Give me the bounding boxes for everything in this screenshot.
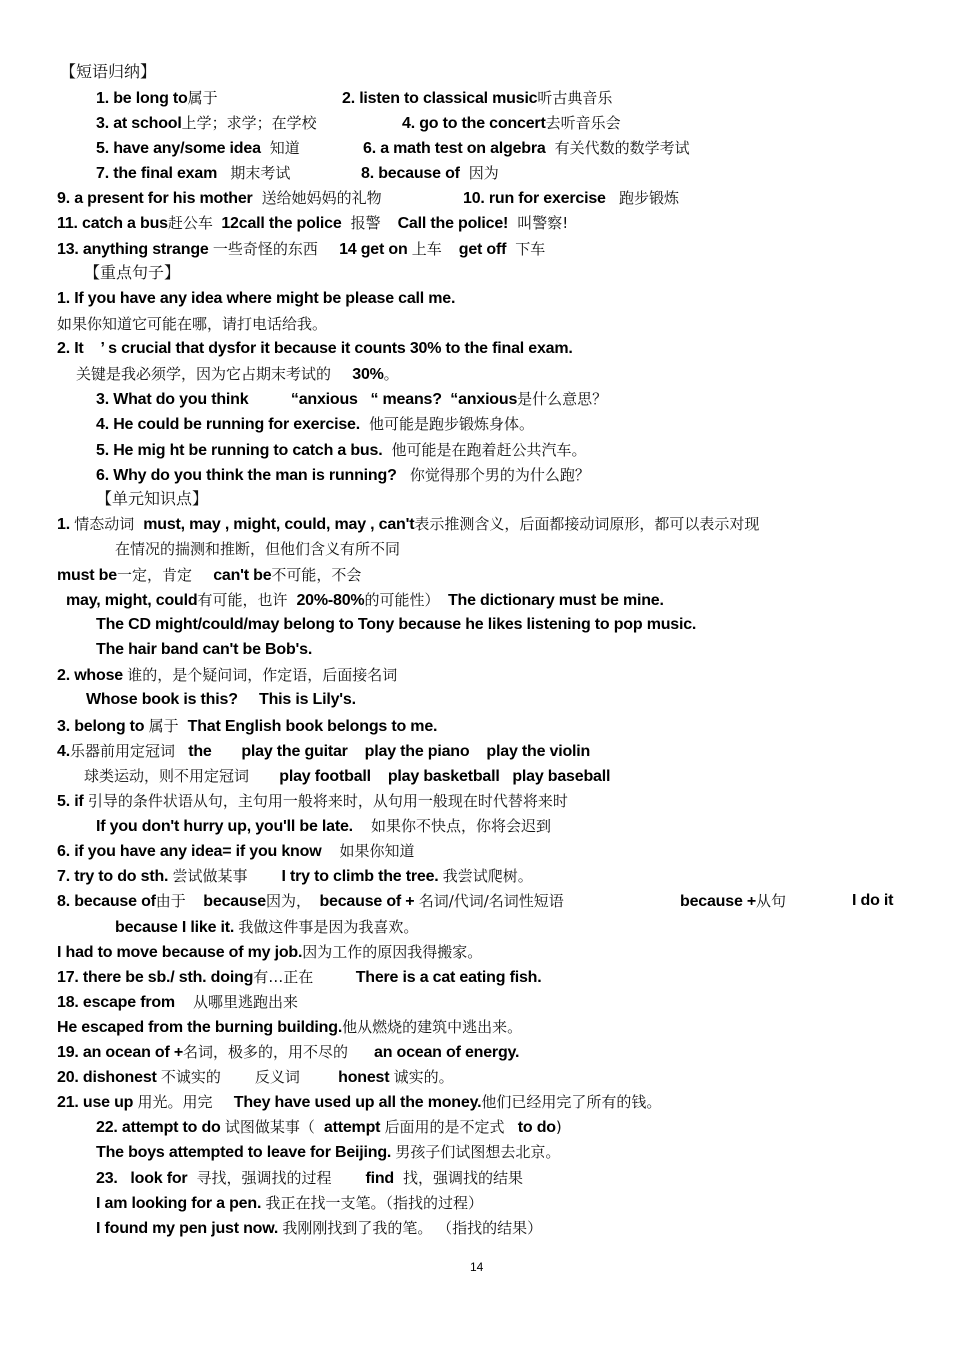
- text-line: 7. the final exam 期末考试: [96, 163, 290, 183]
- text-line: 8. because of由于 because因为， because of + …: [57, 891, 564, 911]
- english-text: play football play basketball play baseb…: [254, 767, 610, 787]
- chinese-text: 有关代数的数学考试: [550, 138, 690, 158]
- chinese-text: 他可能是跑步锻炼身体。: [364, 414, 534, 434]
- chinese-text: 上车: [412, 239, 442, 259]
- chinese-text: 有…正在: [253, 967, 313, 987]
- text-line: 5. He mig ht be running to catch a bus. …: [96, 440, 586, 460]
- chinese-text: 去听音乐会: [546, 113, 621, 133]
- chinese-text: 的可能性）: [364, 590, 439, 610]
- english-text: Call the police!: [381, 214, 513, 234]
- english-text: 1.: [57, 515, 74, 535]
- chinese-text: 【单元知识点】: [96, 489, 208, 509]
- chinese-text: 谁的，是个疑问词，作定语，后面接名词: [127, 665, 397, 685]
- english-text: 20. dishonest: [57, 1068, 161, 1088]
- english-text: an ocean of energy.: [353, 1043, 520, 1063]
- chinese-text: 。: [384, 364, 399, 384]
- chinese-text: 跑步锻炼: [614, 188, 679, 208]
- chinese-text: 表示推测含义，后面都接动词原形，都可以表示对现: [414, 514, 759, 534]
- english-text: 3. at school: [96, 114, 182, 134]
- text-line: 7. try to do sth. 尝试做某事 I try to climb t…: [57, 866, 533, 886]
- text-line: 2. It ’ s crucial that dysfor it because…: [57, 339, 573, 359]
- english-text: because of +: [311, 892, 419, 912]
- text-line: 19. an ocean of +名词，极多的，用不尽的 an ocean of…: [57, 1042, 519, 1062]
- chinese-text: 他可能是在跑着赶公共汽车。: [387, 440, 587, 460]
- english-text: 3. belong to: [57, 717, 149, 737]
- english-text: because I like it.: [115, 918, 238, 938]
- english-text: [221, 1068, 255, 1088]
- chinese-text: 报警: [346, 213, 381, 233]
- text-line: because I like it. 我做这件事是因为我喜欢。: [115, 917, 418, 937]
- text-line: If you don't hurry up, you'll be late. 如…: [96, 816, 551, 836]
- chinese-text: 有可能，也许: [197, 590, 292, 610]
- chinese-text: 从哪里逃跑出来: [183, 992, 298, 1012]
- text-line: 10. run for exercise 跑步锻炼: [463, 188, 679, 208]
- section-heading: 【短语归纳】: [60, 62, 156, 82]
- english-text: must be: [57, 566, 117, 586]
- text-line: I found my pen just now. 我刚刚找到了我的笔。 （指找的…: [96, 1218, 542, 1238]
- chinese-text: 你觉得那个男的为什么跑？: [405, 465, 590, 485]
- english-text: because: [191, 892, 266, 912]
- english-text: 2. listen to classical music: [342, 89, 537, 109]
- text-line: 5. if 引导的条件状语从句，主句用一般将来时，从句用一般现在时代替将来时: [57, 791, 568, 811]
- chinese-text: 期末考试: [226, 163, 291, 183]
- text-line: 3. What do you think “anxious “ means? “…: [96, 389, 607, 409]
- text-line: 4. go to the concert去听音乐会: [402, 113, 621, 133]
- text-line: Whose book is this? This is Lily's.: [86, 690, 356, 710]
- chinese-text: 听古典音乐: [537, 88, 612, 108]
- chinese-text: 上学；求学；在学校: [182, 113, 317, 133]
- english-text: There is a cat eating fish.: [313, 968, 541, 988]
- english-text: 6. Why do you think the man is running?: [96, 466, 405, 486]
- text-line: 9. a present for his mother 送给她妈妈的礼物: [57, 188, 382, 208]
- english-text: I do it: [852, 891, 893, 911]
- text-line: 23. look for 寻找，强调找的过程 find 找，强调找的结果: [96, 1168, 523, 1188]
- chinese-text: 后面用的是不定式: [385, 1117, 510, 1137]
- english-text: The hair band can't be Bob's.: [96, 640, 312, 660]
- chinese-text: 属于: [188, 88, 218, 108]
- english-text: get off: [442, 240, 511, 260]
- text-line: 18. escape from 从哪里逃跑出来: [57, 992, 298, 1012]
- chinese-text: 我正在找一支笔。（指找的过程）: [265, 1193, 483, 1213]
- text-line: 11. catch a bus赶公车 12call the police 报警 …: [57, 213, 568, 233]
- chinese-text: 我做这件事是因为我喜欢。: [238, 917, 418, 937]
- english-text: They have used up all the money.: [213, 1093, 482, 1113]
- chinese-text: 因为: [464, 163, 499, 183]
- chinese-text: 反义词: [255, 1067, 300, 1087]
- text-line: 在情况的揣测和推断，但他们含义有所不同: [115, 539, 400, 559]
- english-text: 23. look for: [96, 1169, 192, 1189]
- chinese-text: 他从燃烧的建筑中逃出来。: [342, 1017, 522, 1037]
- english-text: 7. try to do sth.: [57, 867, 173, 887]
- chinese-text: 乐器前用定冠词: [70, 741, 180, 761]
- chinese-text: 诚实的。: [394, 1067, 454, 1087]
- text-line: 1. be long to属于: [96, 88, 218, 108]
- english-text: 4.: [57, 742, 70, 762]
- english-text: 8. because of: [57, 892, 156, 912]
- english-text: 13. anything strange: [57, 240, 213, 260]
- english-text: Whose book is this? This is Lily's.: [86, 690, 356, 710]
- chinese-text: 如果你知道: [330, 841, 415, 861]
- text-line: 4.乐器前用定冠词 the play the guitar play the p…: [57, 741, 590, 761]
- english-text: because +: [680, 892, 756, 912]
- english-text: may, might, could: [66, 591, 197, 611]
- english-text: 5. if: [57, 792, 88, 812]
- english-text: I found my pen just now.: [96, 1219, 282, 1239]
- english-text: 10. run for exercise: [463, 189, 614, 209]
- english-text: I am looking for a pen.: [96, 1194, 265, 1214]
- chinese-text: 我尝试爬树。: [443, 866, 533, 886]
- chinese-text: 送给她妈妈的礼物: [257, 188, 382, 208]
- english-text: 6. a math test on algebra: [363, 139, 550, 159]
- chinese-text: 因为工作的原因我得搬家。: [302, 942, 482, 962]
- english-text: 9. a present for his mother: [57, 189, 257, 209]
- chinese-text: 他们已经用完了所有的钱。: [481, 1092, 661, 1112]
- english-text: 8. because of: [361, 164, 464, 184]
- text-line: 13. anything strange 一些奇怪的东西 14 get on 上…: [57, 239, 545, 259]
- text-line: The hair band can't be Bob's.: [96, 640, 312, 660]
- english-text: If you don't hurry up, you'll be late.: [96, 817, 361, 837]
- chinese-text: 下车: [511, 239, 546, 259]
- english-text: 7. the final exam: [96, 164, 226, 184]
- chinese-text: 如果你不快点，你将会迟到: [361, 816, 551, 836]
- chinese-text: 试图做某事（: [225, 1117, 320, 1137]
- english-text: 6. if you have any idea= if you know: [57, 842, 330, 862]
- english-text: He escaped from the burning building.: [57, 1018, 342, 1038]
- english-text: 20%-80%: [292, 591, 364, 611]
- chinese-text: 用光。用完: [138, 1092, 213, 1112]
- section-heading: 【重点句子】: [84, 263, 180, 283]
- text-line: must be一定，肯定 can't be不可能，不会: [57, 565, 361, 585]
- chinese-text: 不诚实的: [161, 1067, 221, 1087]
- text-line: I do it: [852, 891, 893, 911]
- english-text: The CD might/could/may belong to Tony be…: [96, 615, 696, 635]
- chinese-text: 叫警察!: [512, 213, 568, 233]
- text-line: 2. whose 谁的，是个疑问词，作定语，后面接名词: [57, 665, 397, 685]
- english-text: the play the guitar play the piano play …: [180, 742, 590, 762]
- english-text: 3. What do you think “anxious “ means? “…: [96, 390, 517, 410]
- text-line: The boys attempted to leave for Beijing.…: [96, 1142, 560, 1162]
- english-text: 17. there be sb./ sth. doing: [57, 968, 253, 988]
- english-text: 2. whose: [57, 666, 127, 686]
- chinese-text: 【重点句子】: [84, 263, 180, 283]
- text-line: 6. Why do you think the man is running? …: [96, 465, 590, 485]
- chinese-text: 知道: [265, 138, 300, 158]
- text-line: 3. belong to 属于 That English book belong…: [57, 716, 437, 736]
- document-page: 【短语归纳】1. be long to属于2. listen to classi…: [0, 0, 956, 1353]
- chinese-text: 关键是我必须学，因为它占期末考试的: [76, 364, 331, 384]
- chinese-text: 如果你知道它可能在哪，请打电话给我。: [57, 314, 327, 334]
- chinese-text: 不可能，不会: [271, 565, 361, 585]
- text-line: I am looking for a pen. 我正在找一支笔。（指找的过程）: [96, 1193, 483, 1213]
- text-line: 6. a math test on algebra 有关代数的数学考试: [363, 138, 690, 158]
- english-text: I try to climb the tree.: [248, 867, 443, 887]
- text-line: 球类运动，则不用定冠词 play football play basketbal…: [84, 766, 610, 786]
- text-line: 4. He could be running for exercise. 他可能…: [96, 414, 534, 434]
- chinese-text: 尝试做某事: [173, 866, 248, 886]
- english-text: 12call the police: [213, 214, 346, 234]
- english-text: can't be: [192, 566, 271, 586]
- english-text: 5. He mig ht be running to catch a bus.: [96, 441, 387, 461]
- text-line: 2. listen to classical music听古典音乐: [342, 88, 612, 108]
- english-text: honest: [300, 1068, 394, 1088]
- text-line: I had to move because of my job.因为工作的原因我…: [57, 942, 482, 962]
- text-line: 6. if you have any idea= if you know 如果你…: [57, 841, 414, 861]
- chinese-text: ): [556, 1117, 562, 1137]
- text-line: 17. there be sb./ sth. doing有…正在 There i…: [57, 967, 541, 987]
- english-text: attempt: [320, 1118, 385, 1138]
- section-heading: 【单元知识点】: [96, 489, 208, 509]
- chinese-text: 球类运动，则不用定冠词: [84, 766, 254, 786]
- english-text: 1. be long to: [96, 89, 188, 109]
- english-text: 22. attempt to do: [96, 1118, 225, 1138]
- chinese-text: 在情况的揣测和推断，但他们含义有所不同: [115, 539, 400, 559]
- page-number: 14: [470, 1260, 483, 1274]
- english-text: to do: [509, 1118, 556, 1138]
- english-text: The dictionary must be mine.: [439, 591, 663, 611]
- text-line: may, might, could有可能，也许 20%-80%的可能性） The…: [66, 590, 664, 610]
- english-text: must, may , might, could, may , can't: [139, 515, 414, 535]
- chinese-text: 【短语归纳】: [60, 62, 156, 82]
- chinese-text: 从句: [756, 891, 786, 911]
- chinese-text: 找，强调找的结果: [398, 1168, 523, 1188]
- english-text: 2. It ’ s crucial that dysfor it because…: [57, 339, 573, 359]
- text-line: 如果你知道它可能在哪，请打电话给我。: [57, 314, 327, 334]
- chinese-text: 一定，肯定: [117, 565, 192, 585]
- chinese-text: 是什么意思？: [517, 389, 607, 409]
- chinese-text: 引导的条件状语从句，主句用一般将来时，从句用一般现在时代替将来时: [88, 791, 568, 811]
- text-line: 3. at school上学；求学；在学校: [96, 113, 317, 133]
- english-text: 19. an ocean of +: [57, 1043, 183, 1063]
- chinese-text: 名词/代词/名词性短语: [419, 891, 564, 911]
- text-line: The CD might/could/may belong to Tony be…: [96, 615, 696, 635]
- english-text: I had to move because of my job.: [57, 943, 302, 963]
- chinese-text: 寻找，强调找的过程: [192, 1168, 332, 1188]
- english-text: 14 get on: [318, 240, 412, 260]
- text-line: He escaped from the burning building.他从燃…: [57, 1017, 522, 1037]
- chinese-text: 属于: [149, 716, 184, 736]
- english-text: That English book belongs to me.: [183, 717, 437, 737]
- chinese-text: 我刚刚找到了我的笔。 （指找的结果）: [282, 1218, 542, 1238]
- chinese-text: 赶公车: [168, 213, 213, 233]
- chinese-text: 名词，极多的，用不尽的: [183, 1042, 353, 1062]
- chinese-text: 由于: [156, 891, 191, 911]
- text-line: 20. dishonest 不诚实的 反义词 honest 诚实的。: [57, 1067, 454, 1087]
- english-text: 4. go to the concert: [402, 114, 546, 134]
- text-line: 1. If you have any idea where might be p…: [57, 289, 455, 309]
- text-line: 22. attempt to do 试图做某事（ attempt 后面用的是不定…: [96, 1117, 562, 1137]
- text-line: 21. use up 用光。用完 They have used up all t…: [57, 1092, 661, 1112]
- english-text: The boys attempted to leave for Beijing.: [96, 1143, 395, 1163]
- english-text: 5. have any/some idea: [96, 139, 265, 159]
- english-text: 21. use up: [57, 1093, 138, 1113]
- english-text: find: [331, 1169, 398, 1189]
- english-text: 1. If you have any idea where might be p…: [57, 289, 455, 309]
- text-line: 关键是我必须学，因为它占期末考试的 30%。: [76, 364, 399, 384]
- text-line: 5. have any/some idea 知道: [96, 138, 300, 158]
- chinese-text: 因为，: [266, 891, 311, 911]
- text-line: 1. 情态动词 must, may , might, could, may , …: [57, 514, 759, 534]
- english-text: 30%: [331, 365, 384, 385]
- english-text: 11. catch a bus: [57, 214, 168, 234]
- text-line: because +从句: [680, 891, 786, 911]
- chinese-text: 男孩子们试图想去北京。: [395, 1142, 560, 1162]
- chinese-text: 一些奇怪的东西: [213, 239, 318, 259]
- chinese-text: 情态动词: [74, 514, 139, 534]
- english-text: 18. escape from: [57, 993, 183, 1013]
- english-text: 4. He could be running for exercise.: [96, 415, 364, 435]
- text-line: 8. because of 因为: [361, 163, 499, 183]
